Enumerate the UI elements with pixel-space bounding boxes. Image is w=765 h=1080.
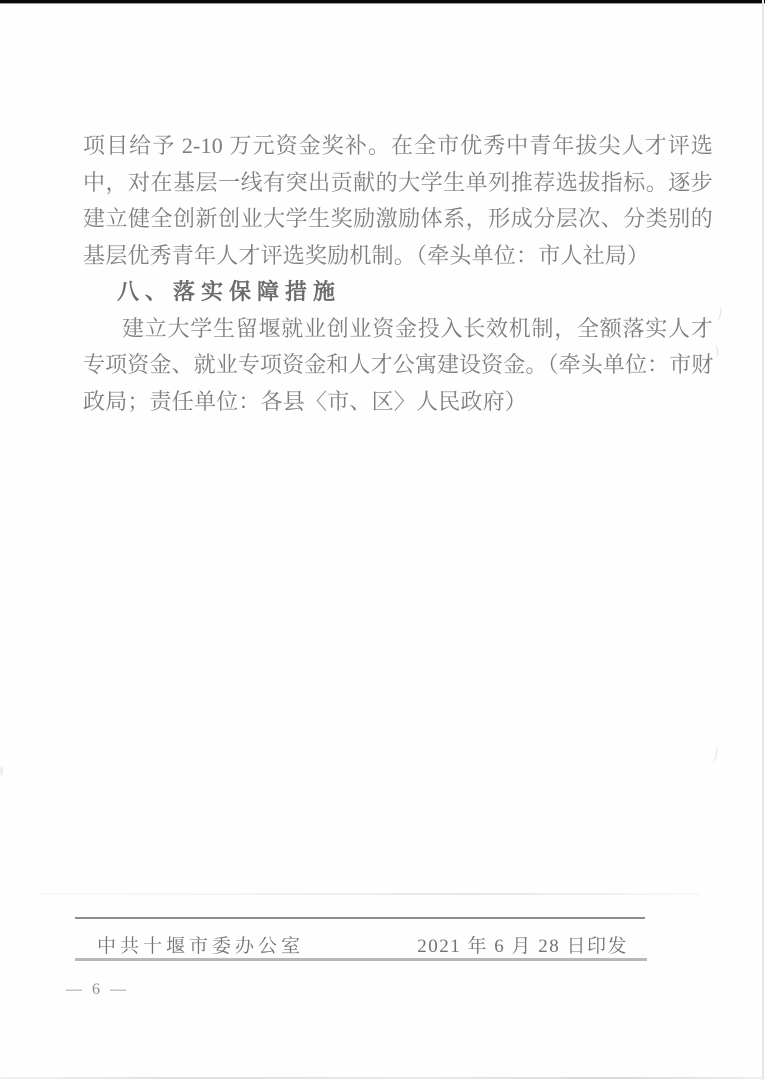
paragraph1-line2: 中，对在基层一线有突出贡献的大学生单列推荐选拔指标。逐步	[83, 165, 713, 202]
paragraph1-line4: 基层优秀青年人才评选奖励机制。（牵头单位：市人社局）	[83, 238, 713, 275]
scan-top-edge-fade	[0, 3, 765, 4]
scan-bottom-edge	[0, 1077, 765, 1079]
scan-artifact	[0, 766, 3, 776]
section-heading: 八、落实保障措施	[83, 274, 713, 311]
scan-smudge	[40, 893, 700, 895]
colophon-rule-bottom	[75, 958, 647, 961]
paragraph2-line3: 政局；责任单位：各县〈市、区〉人民政府）	[83, 384, 713, 421]
page-number: — 6 —	[66, 981, 129, 999]
paragraph2-line1: 建立大学生留堰就业创业资金投入长效机制，全额落实人才	[83, 311, 713, 348]
scan-artifact	[707, 743, 719, 762]
colophon-rule-top	[75, 917, 645, 919]
scanned-document-page: 项目给予 2-10 万元资金奖补。在全市优秀中青年拔尖人才评选 中，对在基层一线…	[0, 0, 765, 1080]
colophon-print-date: 2021 年 6 月 28 日印发	[417, 931, 628, 958]
paragraph1-line1: 项目给予 2-10 万元资金奖补。在全市优秀中青年拔尖人才评选	[83, 128, 713, 165]
paragraph2-line2: 专项资金、就业专项资金和人才公寓建设资金。（牵头单位：市财	[83, 347, 713, 384]
paragraph1-line3: 建立健全创新创业大学生奖励激励体系，形成分层次、分类别的	[83, 201, 713, 238]
scan-right-edge	[762, 0, 764, 1080]
colophon-issuer: 中共十堰市委办公室	[97, 931, 304, 958]
document-body: 项目给予 2-10 万元资金奖补。在全市优秀中青年拔尖人才评选 中，对在基层一线…	[83, 128, 713, 420]
